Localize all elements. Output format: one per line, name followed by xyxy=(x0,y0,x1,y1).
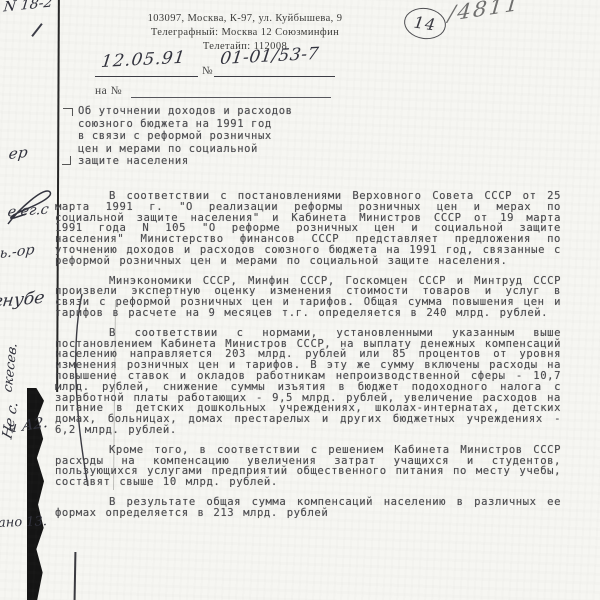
letterhead-address: 103097, Москва, К-97, ул. Куйбышева, 9 xyxy=(80,12,410,26)
margin-pen-mark xyxy=(74,552,76,600)
reply-number-blank-line xyxy=(131,97,331,98)
letter-body: В соответствии с постановлениями Верховн… xyxy=(55,191,561,528)
margin-note: е ег.с xyxy=(7,202,50,221)
margin-note: гнубе xyxy=(0,288,46,312)
handwritten-stroke xyxy=(31,23,42,37)
paragraph-price-increase-estimate: Минэкономики СССР, Минфин СССР, Госкомце… xyxy=(55,276,561,319)
margin-note-vertical: скесев. xyxy=(1,341,21,394)
outgoing-date-handwritten: 12.05.91 xyxy=(100,48,187,72)
number-sign-label: № xyxy=(202,65,213,77)
letterhead-telegraph: Телеграфный: Москва 12 Союзминфин xyxy=(80,26,410,40)
margin-note-top-number: N 18-2 xyxy=(3,0,54,15)
margin-note: ано 13. xyxy=(0,514,47,531)
paragraph-students-compensation: Кроме того, в соответствии с решением Ка… xyxy=(55,445,561,488)
paragraph-compensation-breakdown: В соответствии с нормами, установленными… xyxy=(55,328,561,436)
subject-corner-mark-bottom xyxy=(62,156,71,165)
paragraph-legal-basis: В соответствии с постановлениями Верховн… xyxy=(55,191,561,267)
paragraph-total-compensation: В результате общая сумма компенсаций нас… xyxy=(55,497,561,519)
outgoing-number-handwritten: 01-01/53-7 xyxy=(219,44,320,69)
registration-code: /4811 xyxy=(447,0,522,26)
date-underline xyxy=(95,76,198,77)
margin-note: ер xyxy=(8,143,29,163)
subject-corner-mark-top xyxy=(63,108,73,116)
margin-note: ь.-ор xyxy=(0,242,35,262)
number-underline xyxy=(214,76,335,77)
scanned-letter-page: N 18-2 ер е ег.с ь.-ор гнубе ч А2. ано 1… xyxy=(0,0,600,600)
reply-to-label: на № xyxy=(95,85,122,97)
subject-block: Об уточнении доходов и расходов союзного… xyxy=(78,105,328,168)
circled-number-text: 14 xyxy=(413,13,438,35)
